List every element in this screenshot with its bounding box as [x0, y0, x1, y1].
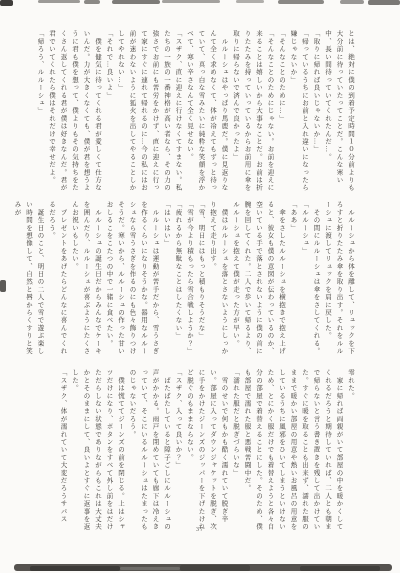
paragraph: 誕生日のこと、明日の二人で雪で遊ぶ楽しい時間を想像して、自然と唇からくすりと笑み… [11, 201, 46, 361]
paragraph: ばたばたしていると障子ごしにルルーシュの声がかかる。雨戸を閉めていても廊下は冷え… [126, 369, 172, 532]
scan-smudge [236, 0, 264, 3]
paragraph: 僕は慌ててジーンズの前を閉じる。上はシャツだけになり、ボタンをすべて外し前をはだ… [69, 369, 127, 532]
paragraph: 「はいはい」 [161, 201, 173, 361]
paragraph: 「スザク、入って良いか？」 [172, 369, 184, 532]
paragraph: 「疲れるから無駄なことはしたくない」 [172, 201, 184, 361]
paragraph: 「雪、明日にはもっと積もりそうだな」 [195, 201, 207, 361]
scan-edge-bottom-dark [300, 566, 380, 571]
book-page: とは、絶対に僕の到着予定時間１０分前よりも大分前に待っていたってことだ。こんな寒… [0, 0, 400, 573]
paragraph: 「雪が今より積もったら雪合戦しようか？」 [184, 201, 196, 361]
text-band-bottom: 零れた。 家に帰れば両親がいて部屋の中を暖かくしてくれるだろうと期待していれば、… [20, 369, 356, 532]
paragraph: ルルーシュは運動が苦手だから、雪うさぎを作るくらいになりそうかな。器用なルルーシ… [103, 201, 161, 361]
scan-smudge [84, 0, 100, 4]
paragraph: 「ああ」 [287, 201, 299, 361]
scan-smudge [340, 0, 364, 4]
paragraph: 「それで…良いよ」 [103, 30, 115, 193]
paragraph: 家に帰れば両親がいて部屋の中を暖かくしてくれるだろうと期待していれば、二人とも朝… [241, 369, 345, 532]
scan-edge-bottom-light [120, 567, 180, 570]
scan-smudge [0, 0, 13, 6]
paragraph: 「そんなことのためにじゃない。お前を迎えに来ることは嬉しいから大事なことだ。お前… [230, 30, 276, 193]
paragraph: ルルーシュの誕生日だからみんなでケーキを囲んだり、ルルーシュが喜ぶようにたくさん… [69, 201, 104, 361]
scan-edge-bottom-dark [30, 566, 120, 571]
paragraph: 「ルルーシュ」 [299, 201, 311, 361]
scan-smudge [368, 0, 400, 5]
text-band-middle: ルルーシュから体を離して、リュックを下ろすと折りたたみ傘を取り出す。それをルルー… [20, 201, 356, 361]
paragraph: とは、絶対に僕の到着予定時間１０分前よりも大分前に待っていたってことだ。こんな寒… [322, 30, 357, 193]
scan-smudge [38, 0, 80, 3]
text-band-top: とは、絶対に僕の到着予定時間１０分前よりも大分前に待っていたってことだ。こんな寒… [20, 30, 356, 193]
scan-smudge [112, 0, 160, 4]
scan-smudge [278, 0, 324, 4]
paragraph: その間にルルーシュは傘をさしてくれる。 [310, 201, 322, 361]
paragraph: 傘をさしたルルーシュを横抱きで抱え上げると、彼女も僕の意図が伝わっているのか、空… [230, 201, 288, 361]
paragraph: 「そんなことのために…」 [276, 30, 288, 193]
scan-edge-bottom-dark [180, 565, 250, 571]
scan-smudge [162, 0, 220, 3]
paragraph: 雪のせいで何もかも酷く濡れていて脱ぎ辛い。部屋に入ってダウンジャケットを脱ぎ、次… [184, 369, 230, 532]
paragraph: 僕はルルーシュを落とさないようにしっかり抱えて走り出す。 [207, 201, 230, 361]
paragraph: 「スザク、体が濡れていて大変だろうサパス [57, 369, 69, 532]
paragraph: ルルーシュから体を離して、リュックを下ろすと折りたたみ傘を取り出す。それをルルー… [322, 201, 357, 361]
paragraph: ルルーシュはやっぱり馬鹿だ。僕に見返りなんて全く求めなくて、体が冷えてもずっと待… [184, 30, 230, 193]
paragraph: 「濡れた服だと脱ぎづらいな」 [230, 369, 242, 532]
paragraph: 零れた。 [345, 369, 357, 532]
paragraph: プレゼントをあげたらどんなに喜んでくれるだろう。 [46, 201, 69, 361]
scan-smudge-left [0, 280, 6, 292]
paragraph: 僕を健気に待ってくれる君が愛しくて仕方ないんだ。力が大きくなくても、僕が君を想う… [46, 30, 104, 193]
paragraph: 「帰ろう、ルルーシュ」 [34, 30, 46, 193]
paragraph: 「取りに帰れば良いじゃないか…」 [310, 30, 322, 193]
paragraph: 「帰っているうちにお前と入れ違いになったら嫌じゃないか」 [287, 30, 310, 193]
paragraph: 「スザク、直に迎えに行けなくてすまない。私たちの一族の一番神格が高い者なら、その… [115, 30, 184, 193]
page-number: 37 [0, 527, 400, 533]
